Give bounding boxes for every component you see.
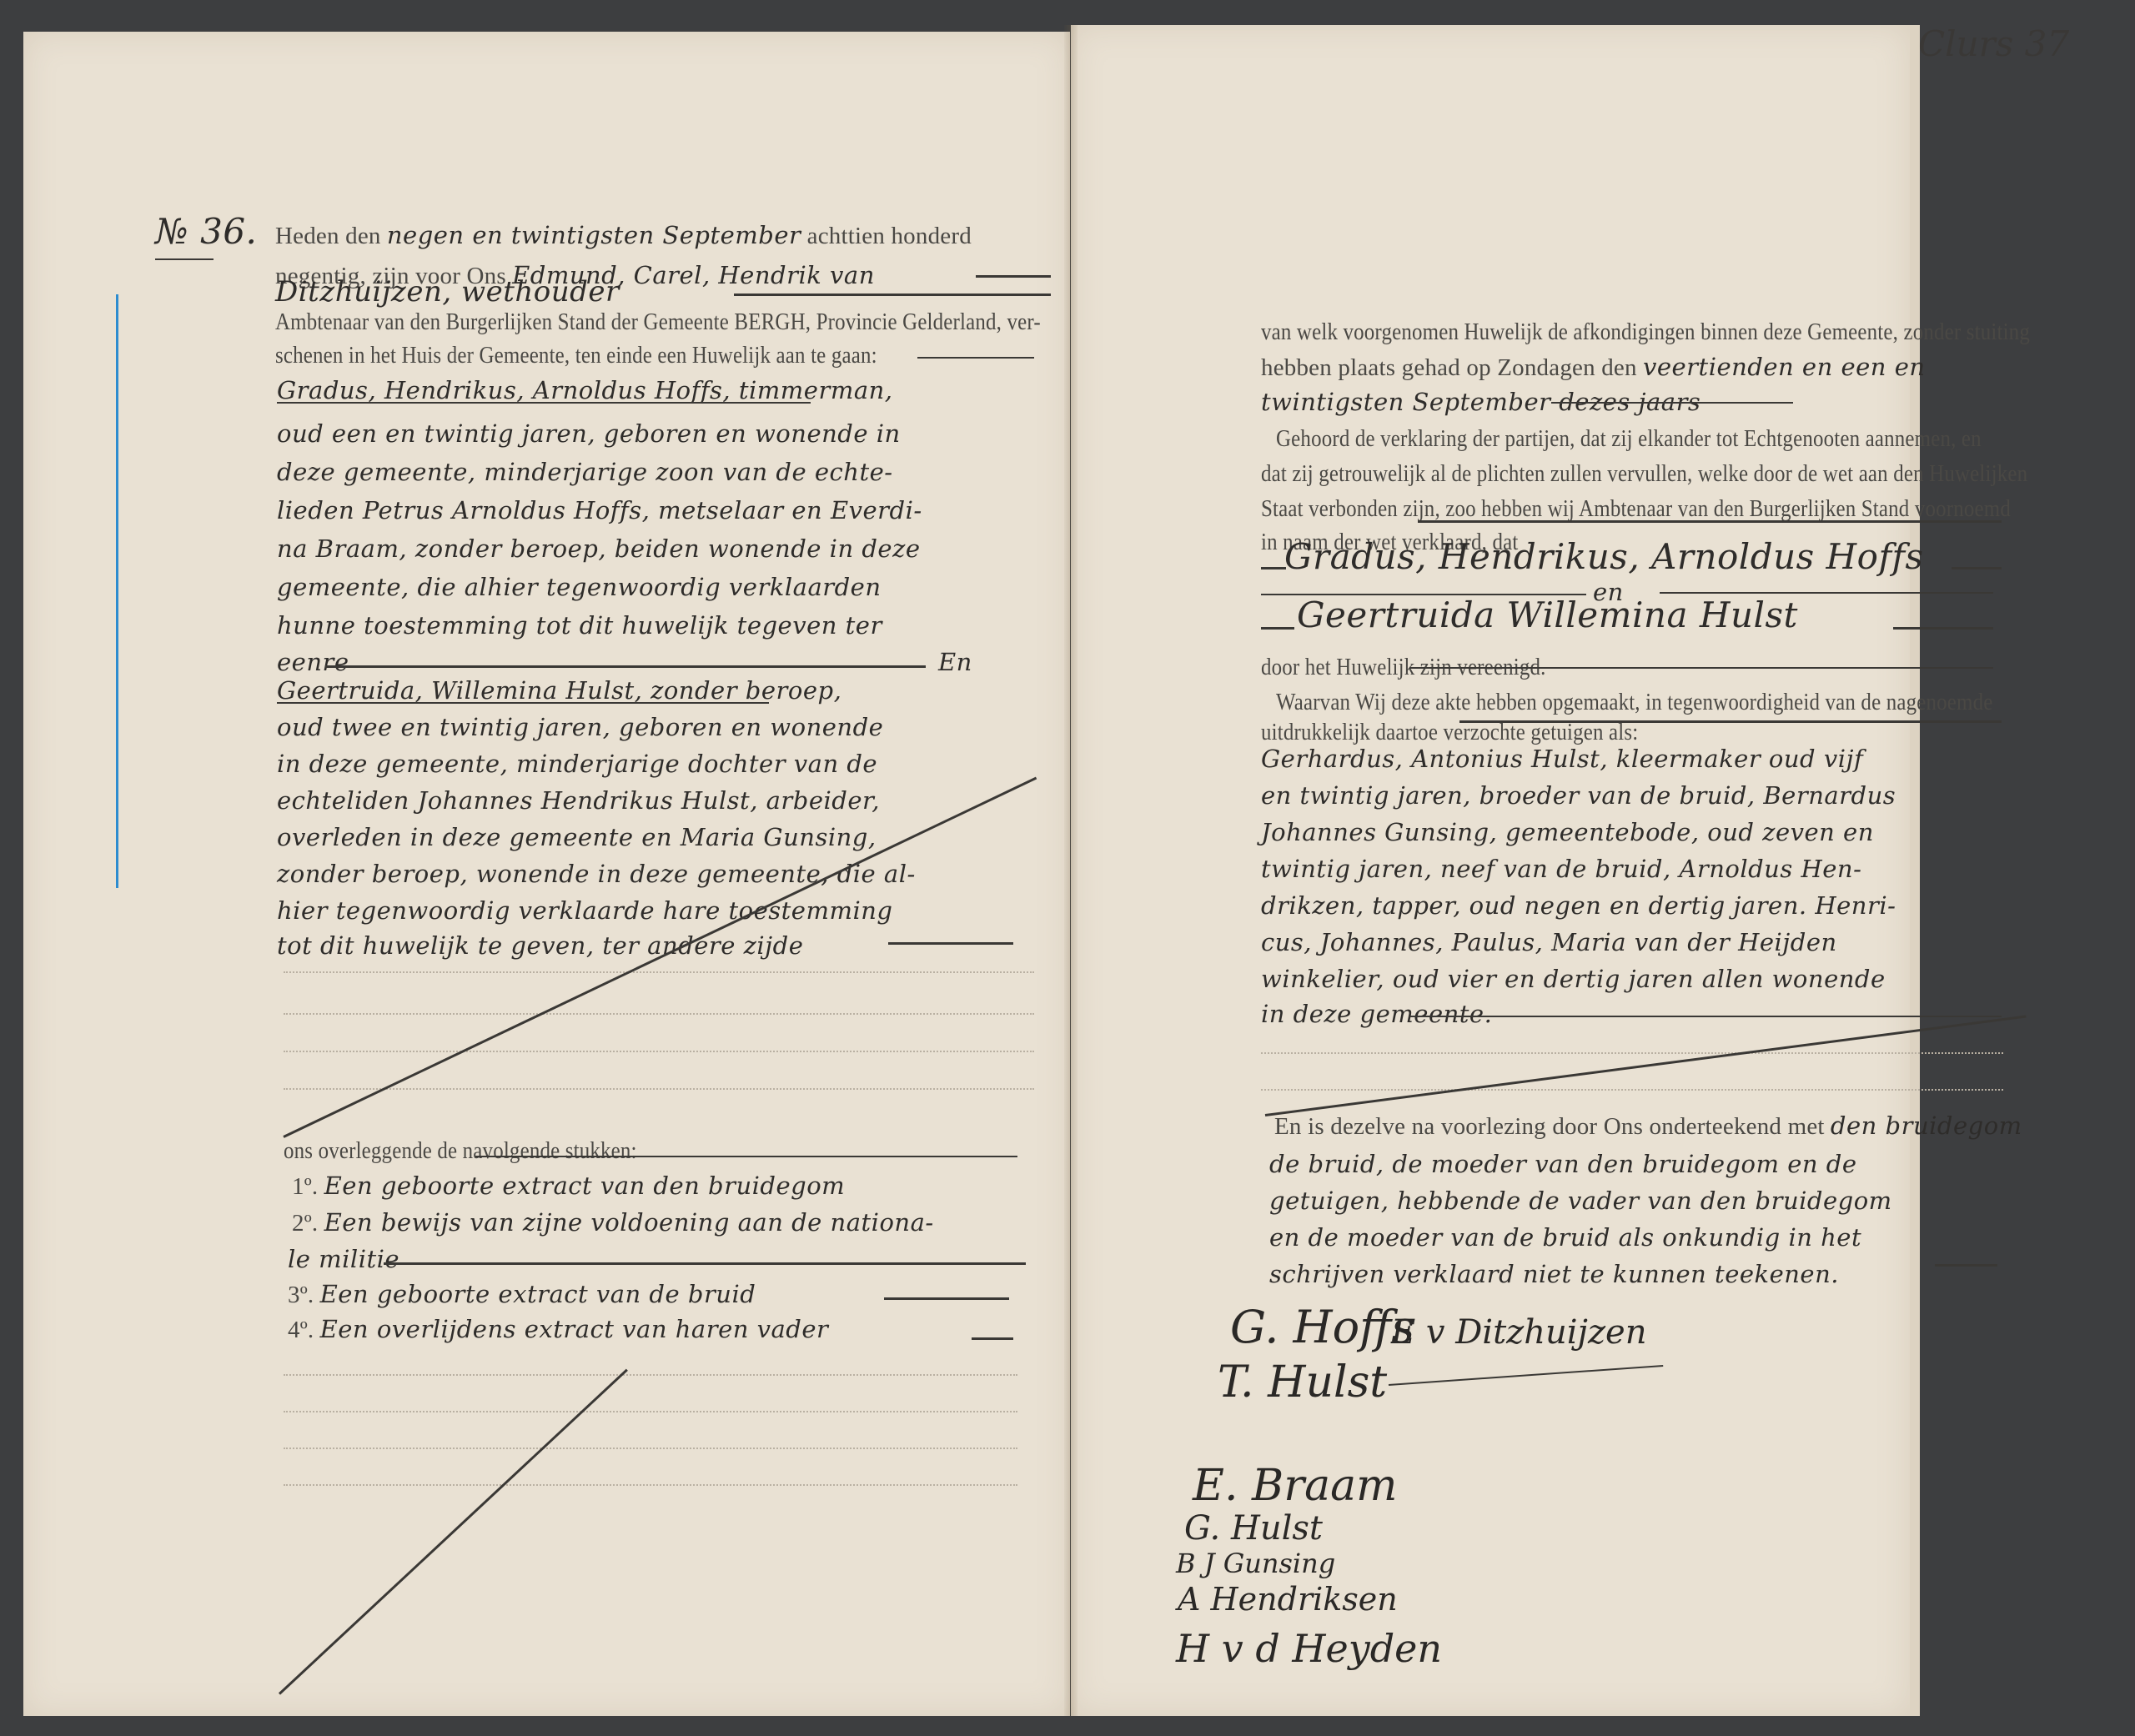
- closing-line-1: En is dezelve na voorlezing door Ons ond…: [1274, 1109, 2022, 1143]
- fill-rule: [917, 357, 1034, 359]
- left-line-11: gemeente, die alhier tegenwoordig verkla…: [277, 570, 882, 604]
- witness-line-8: in deze gemeente.: [1261, 997, 1492, 1031]
- signature-witness-2: B J Gunsing: [1176, 1548, 1335, 1579]
- fill-rule: [1893, 627, 1993, 630]
- entry-number: № 36.: [155, 215, 257, 248]
- fill-rule: [734, 294, 1051, 296]
- right-line-5: dat zij getrouwelijk al de plichten zull…: [1261, 457, 2027, 490]
- ruled-line: [1261, 1052, 2003, 1054]
- doc-item-3: 3º. Een geboorte extract van de bruid: [288, 1277, 756, 1312]
- ruled-line: [1261, 1089, 2003, 1091]
- signature-official: E v Ditzhuijzen: [1391, 1313, 1646, 1352]
- right-line-4: Gehoord de verklaring der partijen, dat …: [1276, 422, 1982, 455]
- left-line-12: hunne toestemming tot dit huwelijk tegev…: [277, 609, 882, 642]
- signature-mother-groom: E. Braam: [1193, 1461, 1397, 1511]
- fill-rule: [972, 1337, 1013, 1340]
- doc-item-2: 2º. Een bewijs van zijne voldoening aan …: [292, 1206, 934, 1240]
- left-line-7: oud een en twintig jaren, geboren en won…: [277, 417, 901, 450]
- ruled-line: [284, 971, 1034, 973]
- fill-rule: [1418, 520, 2002, 523]
- left-line-15: oud twee en twintig jaren, geboren en wo…: [277, 710, 883, 744]
- fill-rule: [475, 1156, 1017, 1157]
- witness-intro-1: Waarvan Wij deze akte hebben opgemaakt, …: [1276, 685, 1992, 719]
- groom-underline: [277, 402, 811, 404]
- entry-rule: [155, 258, 213, 260]
- left-line-21: tot dit huwelijk te geven, ter andere zi…: [277, 929, 803, 962]
- left-line-19: zonder beroep, wonende in deze gemeente,…: [277, 857, 916, 891]
- signature-witness-3: A Hendriksen: [1178, 1581, 1398, 1618]
- left-line-10: na Braam, zonder beroep, beiden wonende …: [277, 532, 921, 565]
- fill-rule: [976, 275, 1051, 278]
- left-line-8: deze gemeente, minderjarige zoon van de …: [277, 455, 893, 489]
- witness-line-5: drikzen, tapper, oud negen en dertig jar…: [1261, 889, 1896, 922]
- signature-witness-4: H v d Heyden: [1176, 1626, 1442, 1671]
- witness-line-3: Johannes Gunsing, gemeentebode, oud zeve…: [1261, 815, 1874, 849]
- signature-witness-1: G. Hulst: [1184, 1509, 1323, 1548]
- doc-item-4: 4º. Een overlijdens extract van haren va…: [288, 1312, 828, 1347]
- left-line-13-en: En: [938, 645, 972, 679]
- ruled-line: [284, 1411, 1017, 1412]
- fill-rule: [384, 1262, 1026, 1265]
- left-line-4: Ambtenaar van den Burgerlijken Stand der…: [275, 305, 1041, 339]
- ruled-line: [284, 1484, 1017, 1486]
- fill-rule: [1935, 1264, 1997, 1267]
- closing-line-3: getuigen, hebbende de vader van den brui…: [1269, 1184, 1892, 1217]
- left-line-17: echteliden Johannes Hendrikus Hulst, arb…: [277, 784, 880, 817]
- signature-bride: T. Hulst: [1218, 1357, 1387, 1407]
- groom-name: Gradus, Hendrikus, Arnoldus Hoffs: [1284, 540, 1924, 574]
- fill-rule: [1261, 567, 1286, 569]
- left-line-18: overleden in deze gemeente en Maria Guns…: [277, 820, 877, 854]
- fill-rule: [1952, 567, 2002, 569]
- doc-item-1: 1º. Een geboorte extract van den bruideg…: [292, 1169, 845, 1203]
- left-line-1: Heden den negen en twintigsten September…: [275, 218, 972, 253]
- doc-item-2b: le militie: [288, 1242, 399, 1276]
- fill-rule: [1551, 402, 1793, 404]
- closing-line-4: en de moeder van de bruid als onkundig i…: [1269, 1221, 1861, 1254]
- page-edge: [1910, 25, 1920, 1716]
- left-line-9: lieden Petrus Arnoldus Hoffs, metselaar …: [277, 494, 922, 527]
- witness-line-1: Gerhardus, Antonius Hulst, kleermaker ou…: [1261, 742, 1863, 775]
- fill-rule: [1261, 627, 1294, 630]
- fill-rule: [1409, 1016, 2002, 1017]
- witness-line-7: winkelier, oud vier en dertig jaren alle…: [1261, 962, 1886, 996]
- left-line-16: in deze gemeente, minderjarige dochter v…: [277, 747, 877, 780]
- right-line-2: hebben plaats gehad op Zondagen den veer…: [1261, 350, 1926, 384]
- bride-name: Geertruida Willemina Hulst: [1297, 599, 1798, 632]
- ruled-line: [284, 1448, 1017, 1449]
- left-line-20: hier tegenwoordig verklaarde hare toeste…: [277, 894, 892, 927]
- fill-rule: [1409, 667, 1993, 669]
- fill-rule: [1660, 592, 1993, 594]
- documents-intro: ons overleggende de navolgende stukken:: [284, 1134, 637, 1167]
- ruled-line: [284, 1088, 1034, 1090]
- book-gutter: [1064, 25, 1078, 1716]
- closing-line-2: de bruid, de moeder van den bruidegom en…: [1269, 1147, 1857, 1181]
- fill-rule: [325, 665, 926, 668]
- blue-margin-line: [116, 294, 118, 888]
- left-line-5: schenen in het Huis der Gemeente, ten ei…: [275, 339, 877, 372]
- ruled-line: [284, 1013, 1034, 1015]
- signature-groom: G. Hoffs: [1230, 1301, 1414, 1353]
- corner-annotation: Clurs 37: [1918, 23, 2069, 64]
- fill-rule: [884, 1297, 1009, 1300]
- right-line-1: van welk voorgenomen Huwelijk de afkondi…: [1261, 315, 2030, 349]
- fill-rule: [1459, 720, 2002, 723]
- fill-rule: [888, 942, 1013, 945]
- ruled-line: [284, 1051, 1034, 1052]
- ruled-line: [284, 1374, 1017, 1376]
- witness-line-6: cus, Johannes, Paulus, Maria van der Hei…: [1261, 926, 1837, 959]
- witness-line-2: en twintig jaren, broeder van de bruid, …: [1261, 779, 1896, 812]
- witness-line-4: twintig jaren, neef van de bruid, Arnold…: [1261, 852, 1861, 886]
- closing-line-5: schrijven verklaard niet te kunnen teeke…: [1269, 1257, 1839, 1291]
- left-line-3: Ditzhuijzen, wethouder: [275, 275, 620, 309]
- bride-underline: [277, 702, 769, 704]
